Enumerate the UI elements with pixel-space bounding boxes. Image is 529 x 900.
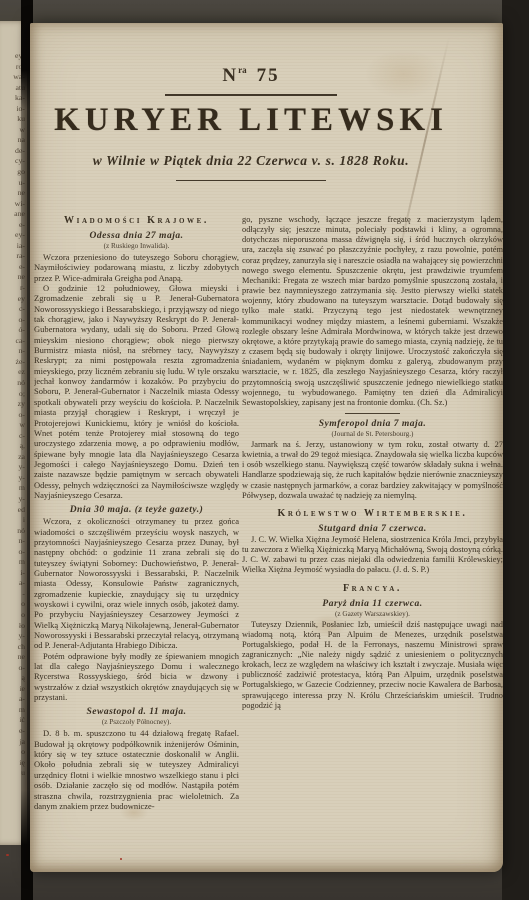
article-paragraph: Wczora przeniesiono do tuteyszego Soboru… xyxy=(34,252,239,283)
article-paragraph: Potém odprawione były modły ze śpiewanie… xyxy=(34,651,239,703)
article-dateline-stutgard-7-czerwca: Stutgard dnia 7 czerwca. xyxy=(242,524,503,534)
newspaper-page: Nra75 KURYER LITEWSKI w Wilnie w Piątek … xyxy=(30,23,503,872)
masthead-rule-top xyxy=(165,94,337,96)
masthead: Nra75 KURYER LITEWSKI w Wilnie w Piątek … xyxy=(30,23,472,181)
article-paragraph: J. C. W. Wielka Xiężna Jeymość Helena, s… xyxy=(242,535,503,576)
article-divider-rule xyxy=(345,413,400,414)
article-source-sewastopol: (z Pszczoły Północney). xyxy=(34,718,239,726)
issue-number: Nra75 xyxy=(30,65,472,87)
section-title-francya: Francya. xyxy=(242,583,503,594)
article-dateline-symferopol-7-maja: Symferopol dnia 7 maja. xyxy=(242,419,503,429)
newspaper-title: KURYER LITEWSKI xyxy=(30,102,472,138)
article-dateline-paryz-11-czerwca: Paryż dnia 11 czerwca. xyxy=(242,599,503,609)
article-paragraph: Jarmark na ś. Jerzy, ustanowiony w tym r… xyxy=(242,440,503,501)
section-title-wirtemberskie: Królewstwo Wirtemberskie. xyxy=(242,508,503,519)
masthead-rule-bottom xyxy=(176,180,326,182)
scan-background: ey- ro- wa- atu ka- io- ku w na de- cy- … xyxy=(0,0,529,900)
article-dateline-dnia-30-maja: Dnia 30 maja. (z teyże gazety.) xyxy=(34,505,239,515)
left-column: Wiadomości Krajowe. Odessa dnia 27 maja.… xyxy=(34,215,239,833)
issue-superscript: ra xyxy=(238,65,247,75)
section-title-wiadomosci-krajowe: Wiadomości Krajowe. xyxy=(34,215,239,226)
scan-background-right xyxy=(502,0,529,900)
article-source-symferopol: (Journal de St. Petersbourg.) xyxy=(242,430,503,438)
masthead-dateline: w Wilnie w Piątek dnia 22 Czerwca v. s. … xyxy=(30,153,472,169)
article-dateline-sewastopol-11-maja: Sewastopol d. 11 maja. xyxy=(34,707,239,717)
red-ink-speck xyxy=(6,854,9,856)
article-paragraph: O godzinie 12 południowey, Głowa mieyski… xyxy=(34,283,239,500)
red-ink-speck xyxy=(120,858,122,860)
article-source-paryz: (z Gazety Warszawskiey). xyxy=(242,610,503,618)
issue-prefix: N xyxy=(222,65,238,86)
issue-value: 75 xyxy=(257,65,280,86)
article-continuation-paragraph: go, pyszne wschody, łączące jeszcze freg… xyxy=(242,215,503,408)
article-dateline-odessa-27-maja: Odessa dnia 27 maja. xyxy=(34,231,239,241)
right-column: go, pyszne wschody, łączące jeszcze freg… xyxy=(242,215,503,841)
article-paragraph: D. 8 b. m. spuszczono tu 44 działową fre… xyxy=(34,728,239,811)
article-paragraph: Wczora, z okoliczności otrzymaney tu prz… xyxy=(34,516,239,650)
article-source-odessa: (z Ruskiego Inwalida). xyxy=(34,242,239,250)
article-paragraph: Tuteyszy Dziennik, Posłaniec Izb, umieśc… xyxy=(242,620,503,711)
